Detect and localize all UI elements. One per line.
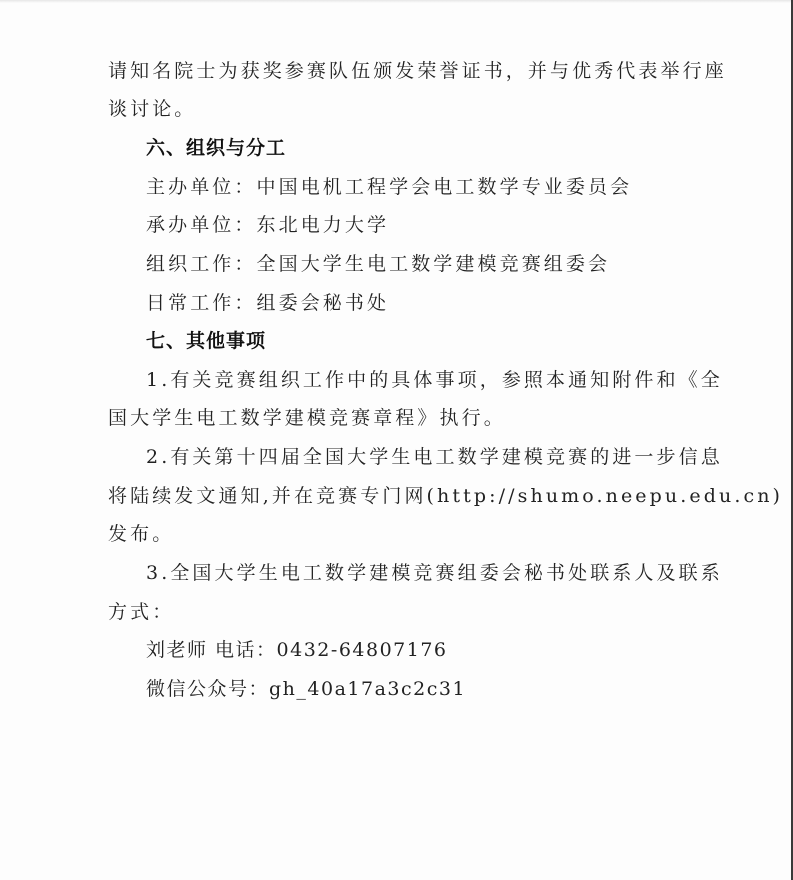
- paragraph-line: 请知名院士为获奖参赛队伍颁发荣誉证书，并与优秀代表举行座: [108, 59, 727, 83]
- contact-phone: 刘老师 电话：0432-64807176: [146, 638, 448, 662]
- org-item: 主办单位：中国电机工程学会电工数学专业委员会: [146, 175, 632, 199]
- paragraph-line: 谈讨论。: [108, 97, 196, 121]
- paragraph-line: 1.有关竞赛组织工作中的具体事项，参照本通知附件和《全: [146, 368, 723, 392]
- org-item: 组织工作：全国大学生电工数学建模竞赛组委会: [146, 252, 610, 276]
- paragraph-line: 发布。: [108, 522, 174, 546]
- paragraph-line-with-url: 将陆续发文通知,并在竞赛专门网(http://shumo.neepu.edu.c…: [108, 484, 783, 508]
- paragraph-line: 2.有关第十四届全国大学生电工数学建模竞赛的进一步信息: [146, 445, 723, 469]
- org-item: 承办单位：东北电力大学: [146, 213, 389, 237]
- section-heading: 七、其他事项: [146, 329, 266, 353]
- paragraph-line: 方式：: [108, 600, 174, 624]
- section-heading: 六、组织与分工: [146, 136, 286, 160]
- org-item: 日常工作：组委会秘书处: [146, 291, 389, 315]
- page-top-edge: [0, 0, 791, 3]
- contact-wechat: 微信公众号：gh_40a17a3c2c31: [146, 677, 466, 701]
- paragraph-line: 国大学生电工数学建模竞赛章程》执行。: [108, 406, 506, 430]
- paragraph-line: 3.全国大学生电工数学建模竞赛组委会秘书处联系人及联系: [146, 561, 723, 585]
